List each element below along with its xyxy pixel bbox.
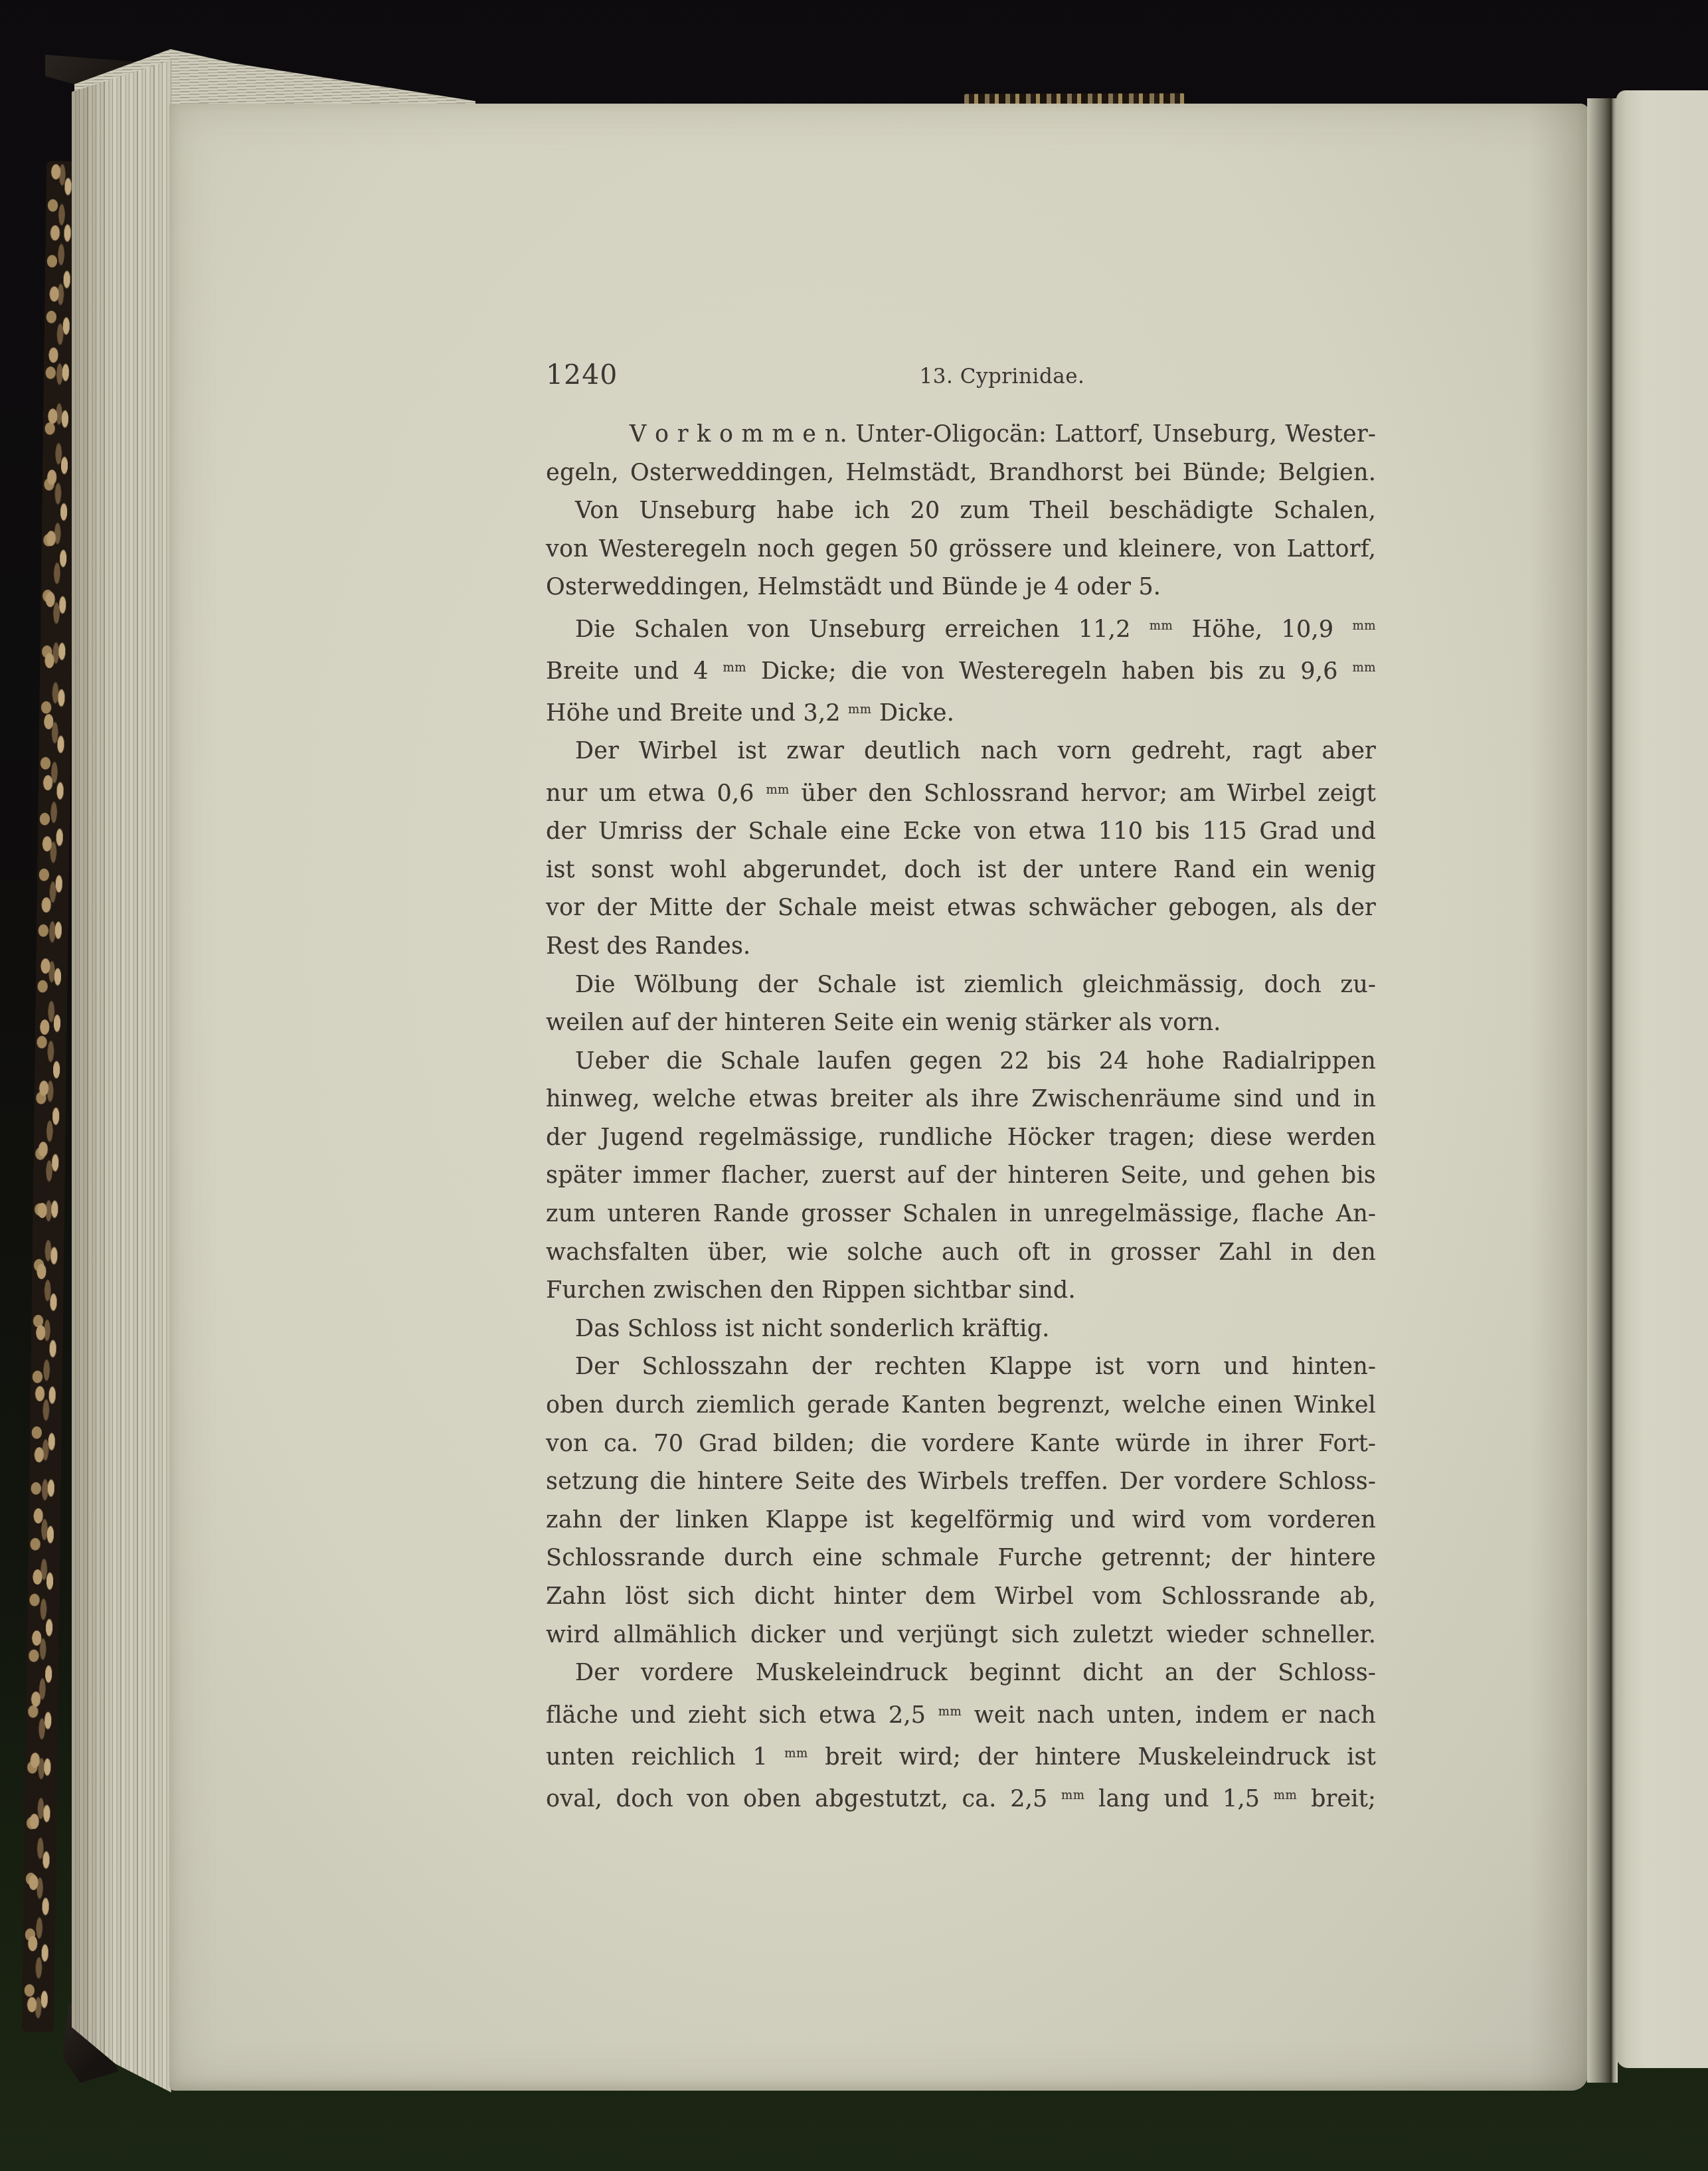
text-line: später immer flacher, zuerst auf der hin… bbox=[546, 1157, 1376, 1195]
text-line: hinweg, welche etwas breiter als ihre Zw… bbox=[546, 1081, 1376, 1119]
page-number: 1240 bbox=[546, 359, 618, 391]
text-line: ist sonst wohl abgerundet, doch ist der … bbox=[546, 851, 1376, 890]
text-line: von ca. 70 Grad bilden; die vordere Kant… bbox=[546, 1425, 1376, 1464]
paragraph: Von Unseburg habe ich 20 zum Theil besch… bbox=[546, 492, 1376, 607]
text-line: der Umriss der Schale eine Ecke von etwa… bbox=[546, 813, 1376, 851]
text-line: Ueber die Schale laufen gegen 22 bis 24 … bbox=[546, 1043, 1376, 1081]
superscript-unit: mm bbox=[1353, 661, 1377, 675]
text-line: weilen auf der hinteren Seite ein wenig … bbox=[546, 1004, 1376, 1043]
text-line: vor der Mitte der Schale meist etwas sch… bbox=[546, 889, 1376, 928]
superscript-unit: mm bbox=[1061, 1788, 1085, 1802]
paragraph: V o r k o m m e n. Unter-Oligocän: Latto… bbox=[546, 416, 1376, 492]
text-line: Osterweddingen, Helmstädt und Bünde je 4… bbox=[546, 568, 1376, 607]
text-line: zum unteren Rande grosser Schalen in unr… bbox=[546, 1195, 1376, 1234]
photo-background: 1240 13. Cyprinidae. V o r k o m m e n. … bbox=[0, 0, 1708, 2171]
text-line: Von Unseburg habe ich 20 zum Theil besch… bbox=[546, 492, 1376, 531]
page-stack-edges-left bbox=[72, 57, 171, 2099]
text-line: setzung die hintere Seite des Wirbels tr… bbox=[546, 1463, 1376, 1502]
superscript-unit: mm bbox=[1274, 1788, 1298, 1802]
text-line: Die Wölbung der Schale ist ziemlich glei… bbox=[546, 966, 1376, 1005]
paragraph: Der Schlosszahn der rechten Klappe ist v… bbox=[546, 1348, 1376, 1654]
text-line: Rest des Randes. bbox=[546, 928, 1376, 966]
text-line: Der Schlosszahn der rechten Klappe ist v… bbox=[546, 1348, 1376, 1387]
superscript-unit: mm bbox=[766, 783, 790, 797]
text-line: egeln, Osterweddingen, Helmstädt, Brandh… bbox=[546, 454, 1376, 493]
paragraph: Das Schloss ist nicht sonderlich kräftig… bbox=[546, 1310, 1376, 1349]
book-page: 1240 13. Cyprinidae. V o r k o m m e n. … bbox=[169, 104, 1588, 2091]
text-line: Der Wirbel ist zwar deutlich nach vorn g… bbox=[546, 733, 1376, 771]
gutter-shadow bbox=[1587, 98, 1618, 2083]
facing-page-edge bbox=[1616, 90, 1708, 2068]
text-line: Breite und 4 mm Dicke; die von Westerege… bbox=[546, 649, 1376, 691]
page-header: 1240 13. Cyprinidae. bbox=[546, 359, 1376, 398]
text-line: Höhe und Breite und 3,2 mm Dicke. bbox=[546, 691, 1376, 733]
text-line: V o r k o m m e n. Unter-Oligocän: Latto… bbox=[546, 416, 1376, 454]
text-line: Die Schalen von Unseburg erreichen 11,2 … bbox=[546, 607, 1376, 649]
text-line: unten reichlich 1 mm breit wird; der hin… bbox=[546, 1735, 1376, 1777]
superscript-unit: mm bbox=[848, 703, 872, 717]
text-line: von Westeregeln noch gegen 50 grössere u… bbox=[546, 531, 1376, 569]
text-line: der Jugend regelmässige, rundliche Höcke… bbox=[546, 1119, 1376, 1158]
text-line: wird allmählich dicker und verjüngt sich… bbox=[546, 1616, 1376, 1655]
text-line: oval, doch von oben abgestutzt, ca. 2,5 … bbox=[546, 1777, 1376, 1818]
paragraph: Der Wirbel ist zwar deutlich nach vorn g… bbox=[546, 733, 1376, 966]
superscript-unit: mm bbox=[784, 1747, 808, 1761]
text-line: Das Schloss ist nicht sonderlich kräftig… bbox=[546, 1310, 1376, 1349]
paragraph: Der vordere Muskeleindruck beginnt dicht… bbox=[546, 1654, 1376, 1818]
text-line: nur um etwa 0,6 mm über den Schlossrand … bbox=[546, 771, 1376, 813]
text-line: Der vordere Muskeleindruck beginnt dicht… bbox=[546, 1654, 1376, 1693]
text-line: wachsfalten über, wie solche auch oft in… bbox=[546, 1234, 1376, 1272]
paragraph: Ueber die Schale laufen gegen 22 bis 24 … bbox=[546, 1043, 1376, 1310]
text-line: fläche und zieht sich etwa 2,5 mm weit n… bbox=[546, 1693, 1376, 1735]
book-cover-marbled-edge bbox=[22, 161, 78, 2032]
superscript-unit: mm bbox=[1150, 619, 1173, 633]
text-block: V o r k o m m e n. Unter-Oligocän: Latto… bbox=[546, 416, 1376, 1818]
paragraph: Die Schalen von Unseburg erreichen 11,2 … bbox=[546, 607, 1376, 733]
superscript-unit: mm bbox=[938, 1705, 962, 1719]
text-line: zahn der linken Klappe ist kegelförmig u… bbox=[546, 1502, 1376, 1540]
superscript-unit: mm bbox=[723, 661, 747, 675]
text-line: Zahn löst sich dicht hinter dem Wirbel v… bbox=[546, 1578, 1376, 1616]
superscript-unit: mm bbox=[1353, 619, 1377, 633]
text-line: oben durch ziemlich gerade Kanten begren… bbox=[546, 1387, 1376, 1425]
running-header: 13. Cyprinidae. bbox=[920, 365, 1085, 389]
paragraph: Die Wölbung der Schale ist ziemlich glei… bbox=[546, 966, 1376, 1043]
text-line: Schlossrande durch eine schmale Furche g… bbox=[546, 1539, 1376, 1578]
text-line: Furchen zwischen den Rippen sichtbar sin… bbox=[546, 1272, 1376, 1310]
